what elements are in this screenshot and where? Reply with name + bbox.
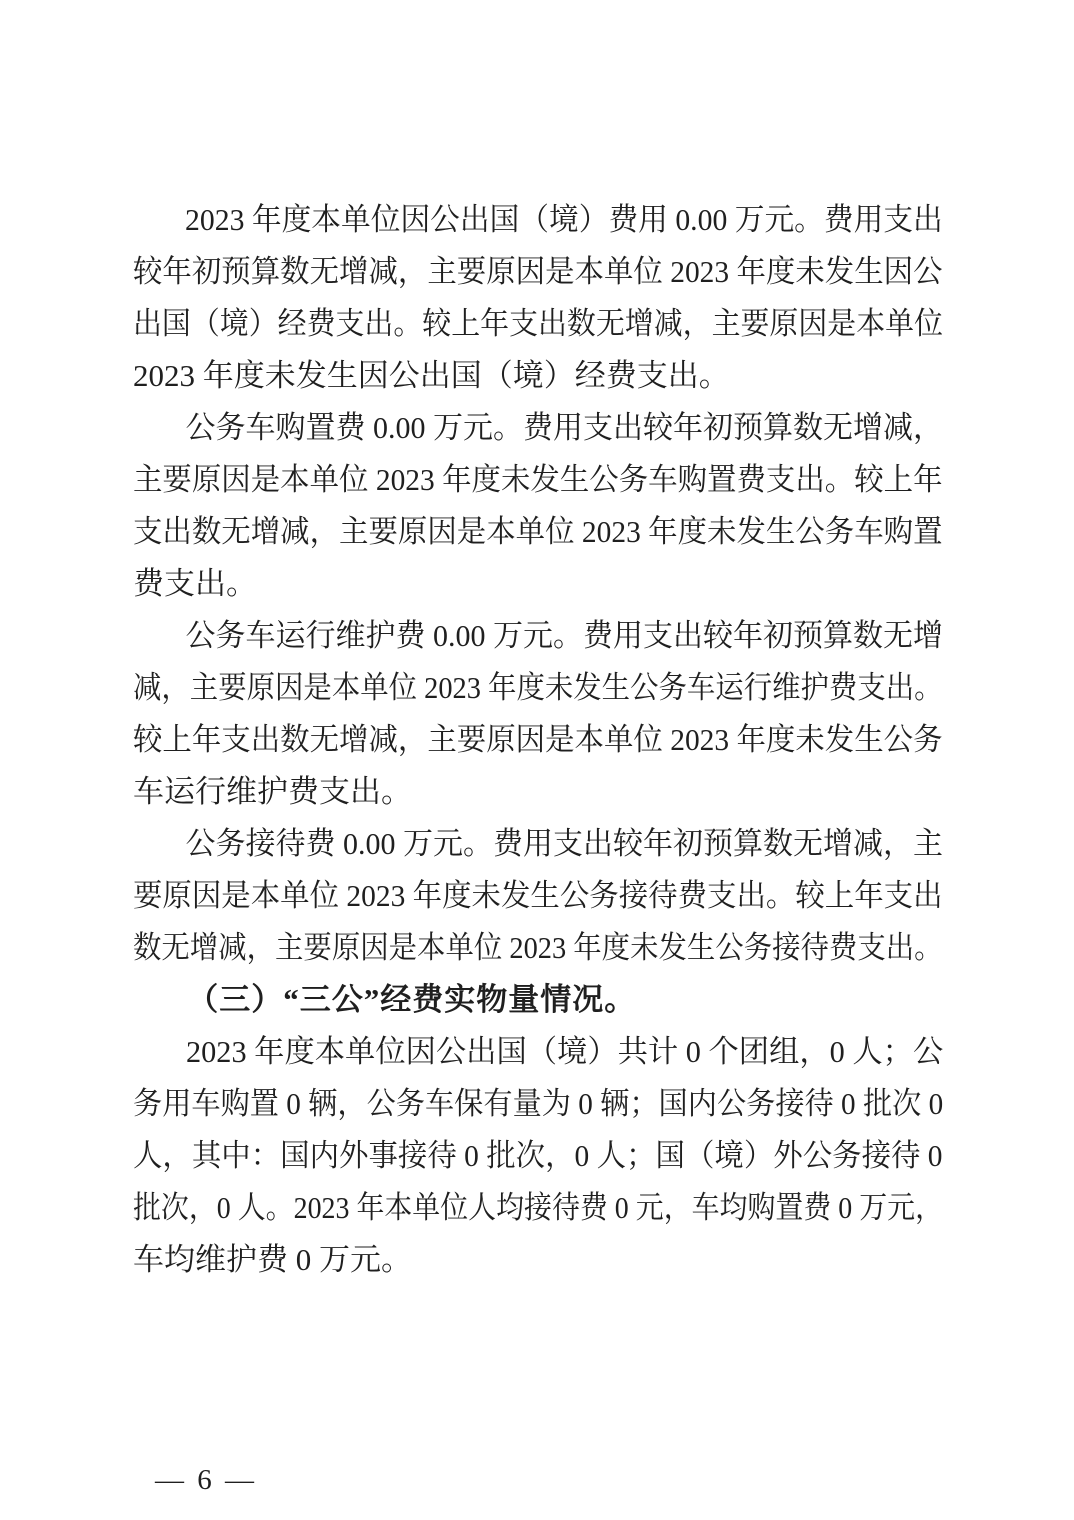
paragraph: 公务车购置费 0.00 万元。费用支出较年初预算数无增减，主要原因是本单位 20… bbox=[133, 402, 943, 610]
text-line: 较年初预算数无增减，主要原因是本单位 2023 年度未发生因公 bbox=[133, 246, 902, 298]
text-line: 支出数无增减，主要原因是本单位 2023 年度未发生公务车购置 bbox=[133, 506, 902, 558]
paragraph: 公务车运行维护费 0.00 万元。费用支出较年初预算数无增减，主要原因是本单位 … bbox=[133, 610, 943, 818]
text-line: 2023 年度未发生因公出国（境）经费支出。 bbox=[133, 350, 943, 402]
text-line: 数无增减，主要原因是本单位 2023 年度未发生公务接待费支出。 bbox=[133, 922, 875, 974]
text-line: 2023 年度本单位因公出国（境）费用 0.00 万元。费用支出 bbox=[133, 194, 909, 246]
text-line: 人，其中：国内外事接待 0 批次，0 人；国（境）外公务接待 0 bbox=[133, 1130, 902, 1182]
text-line: 公务车购置费 0.00 万元。费用支出较年初预算数无增减， bbox=[133, 402, 917, 454]
text-line: 要原因是本单位 2023 年度未发生公务接待费支出。较上年支出 bbox=[133, 870, 902, 922]
text-line: 减，主要原因是本单位 2023 年度未发生公务车运行维护费支出。 bbox=[133, 662, 875, 714]
text-line: 主要原因是本单位 2023 年度未发生公务车购置费支出。较上年 bbox=[133, 454, 902, 506]
text-line: 车运行维护费支出。 bbox=[133, 766, 943, 818]
paragraph: 公务接待费 0.00 万元。费用支出较年初预算数无增减，主要原因是本单位 202… bbox=[133, 818, 943, 974]
document-body: 2023 年度本单位因公出国（境）费用 0.00 万元。费用支出较年初预算数无增… bbox=[133, 194, 943, 1286]
heading-line: （三）“三公”经费实物量情况。 bbox=[133, 974, 943, 1026]
text-line: 公务车运行维护费 0.00 万元。费用支出较年初预算数无增 bbox=[133, 610, 917, 662]
page-number: — 6 — bbox=[155, 1462, 257, 1498]
text-line: 2023 年度本单位因公出国（境）共计 0 个团组，0 人；公 bbox=[133, 1026, 924, 1078]
section-heading: （三）“三公”经费实物量情况。 bbox=[133, 974, 943, 1026]
text-line: 公务接待费 0.00 万元。费用支出较年初预算数无增减，主 bbox=[133, 818, 917, 870]
text-line: 出国（境）经费支出。较上年支出数无增减，主要原因是本单位 bbox=[133, 298, 889, 350]
text-line: 车均维护费 0 万元。 bbox=[133, 1234, 943, 1286]
text-line: 务用车购置 0 辆，公务车保有量为 0 辆；国内公务接待 0 批次 0 bbox=[133, 1078, 896, 1130]
text-line: 费支出。 bbox=[133, 558, 943, 610]
document-page: 2023 年度本单位因公出国（境）费用 0.00 万元。费用支出较年初预算数无增… bbox=[0, 0, 1074, 1520]
text-line: 批次，0 人。2023 年本单位人均接待费 0 元，车均购置费 0 万元， bbox=[133, 1182, 863, 1234]
paragraph: 2023 年度本单位因公出国（境）费用 0.00 万元。费用支出较年初预算数无增… bbox=[133, 194, 943, 402]
paragraph: 2023 年度本单位因公出国（境）共计 0 个团组，0 人；公务用车购置 0 辆… bbox=[133, 1026, 943, 1286]
text-line: 较上年支出数无增减，主要原因是本单位 2023 年度未发生公务 bbox=[133, 714, 902, 766]
